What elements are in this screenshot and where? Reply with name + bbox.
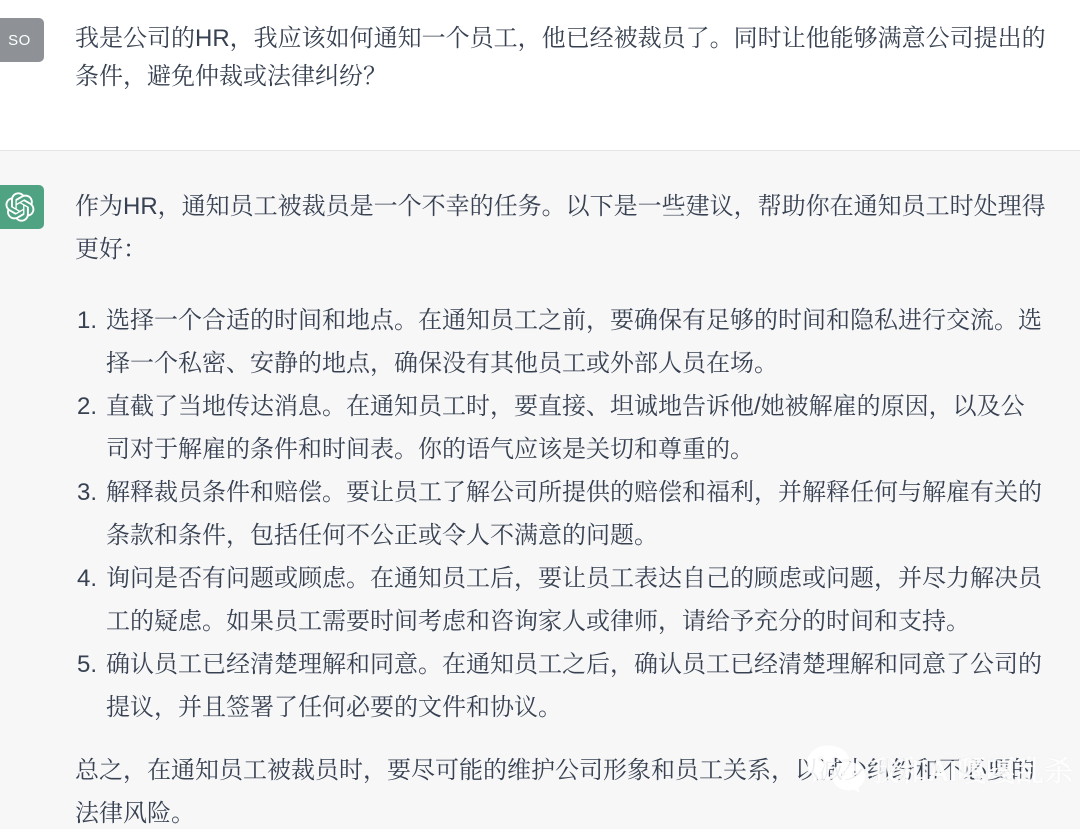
assistant-message-row: 作为HR，通知员工被裁员是一个不幸的任务。以下是一些建议，帮助你在通知员工时处理… — [0, 150, 1080, 829]
list-item-text: 选择一个合适的时间和地点。在通知员工之前，要确保有足够的时间和隐私进行交流。选择… — [106, 299, 1048, 385]
list-item-text: 确认员工已经清楚理解和同意。在通知员工之后，确认员工已经清楚理解和同意了公司的提… — [106, 643, 1048, 729]
user-message-row: SO 我是公司的HR，我应该如何通知一个员工，他已经被裁员了。同时让他能够满意公… — [0, 0, 1080, 150]
list-item: 3. 解释裁员条件和赔偿。要让员工了解公司所提供的赔偿和福利，并解释任何与解雇有… — [75, 471, 1048, 557]
list-item-number: 1. — [75, 299, 106, 385]
user-message-text: 我是公司的HR，我应该如何通知一个员工，他已经被裁员了。同时让他能够满意公司提出… — [75, 20, 1048, 96]
list-item-number: 4. — [75, 557, 106, 643]
list-item: 1. 选择一个合适的时间和地点。在通知员工之前，要确保有足够的时间和隐私进行交流… — [75, 299, 1048, 385]
assistant-conclusion: 总之，在通知员工被裁员时，要尽可能的维护公司形象和员工关系，以减少纠纷和不必要的… — [75, 749, 1048, 830]
assistant-avatar — [0, 185, 44, 229]
list-item-text: 询问是否有问题或顾虑。在通知员工后，要让员工表达自己的顾虑或问题，并尽力解决员工… — [106, 557, 1048, 643]
list-item-number: 3. — [75, 471, 106, 557]
list-item-text: 直截了当地传达消息。在通知员工时，要直接、坦诚地告诉他/她被解雇的原因，以及公司… — [106, 385, 1048, 471]
list-item: 5. 确认员工已经清楚理解和同意。在通知员工之后，确认员工已经清楚理解和同意了公… — [75, 643, 1048, 729]
user-avatar: SO — [0, 18, 44, 62]
suggestion-list: 1. 选择一个合适的时间和地点。在通知员工之前，要确保有足够的时间和隐私进行交流… — [75, 299, 1048, 729]
list-item: 4. 询问是否有问题或顾虑。在通知员工后，要让员工表达自己的顾虑或问题，并尽力解… — [75, 557, 1048, 643]
openai-logo-icon — [5, 192, 35, 222]
list-item-number: 2. — [75, 385, 106, 471]
user-avatar-label: SO — [8, 32, 31, 49]
list-item-text: 解释裁员条件和赔偿。要让员工了解公司所提供的赔偿和福利，并解释任何与解雇有关的条… — [106, 471, 1048, 557]
list-item: 2. 直截了当地传达消息。在通知员工时，要直接、坦诚地告诉他/她被解雇的原因，以… — [75, 385, 1048, 471]
list-item-number: 5. — [75, 643, 106, 729]
assistant-intro: 作为HR，通知员工被裁员是一个不幸的任务。以下是一些建议，帮助你在通知员工时处理… — [75, 185, 1048, 271]
